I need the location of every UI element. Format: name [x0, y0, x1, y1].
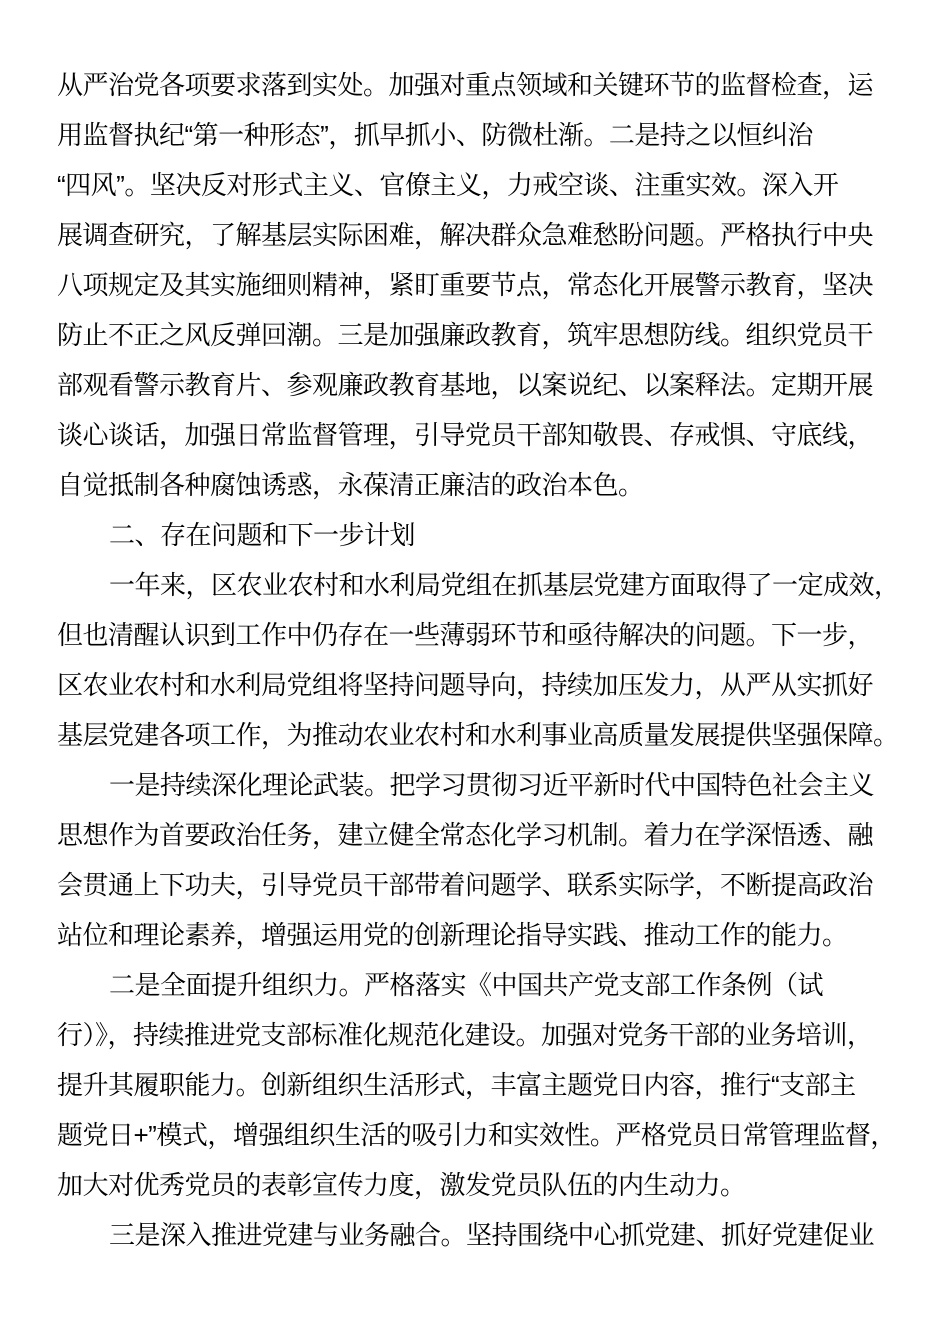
- text-line: 会贯通上下功夫，引导党员干部带着问题学、联系实际学，不断提高政治: [57, 860, 895, 910]
- document-page: 从严治党各项要求落到实处。加强对重点领域和关键环节的监督检查，运 用监督执纪“第…: [0, 0, 950, 1344]
- text-line: 防止不正之风反弹回潮。三是加强廉政教育，筑牢思想防线。组织党员干: [57, 310, 895, 360]
- text-line: 八项规定及其实施细则精神，紧盯重要节点，常态化开展警示教育，坚决: [57, 260, 895, 310]
- paragraph-plan-one: 一是持续深化理论武装。把学习贯彻习近平新时代中国特色社会主义 思想作为首要政治任…: [57, 760, 895, 960]
- text-line: 但也清醒认识到工作中仍存在一些薄弱环节和亟待解决的问题。下一步，: [57, 610, 895, 660]
- text-line: 加大对优秀党员的表彰宣传力度，激发党员队伍的内生动力。: [57, 1160, 895, 1210]
- text-line: 题党日+”模式，增强组织生活的吸引力和实效性。严格党员日常管理监督，: [57, 1110, 895, 1160]
- text-line: 从严治党各项要求落到实处。加强对重点领域和关键环节的监督检查，运: [57, 60, 895, 110]
- text-line: 三是深入推进党建与业务融合。坚持围绕中心抓党建、抓好党建促业: [57, 1210, 895, 1260]
- text-line: 基层党建各项工作，为推动农业农村和水利事业高质量发展提供坚强保障。: [57, 710, 895, 760]
- paragraph-overview: 一年来，区农业农村和水利局党组在抓基层党建方面取得了一定成效， 但也清醒认识到工…: [57, 560, 895, 760]
- paragraph-section-two: 二、存在问题和下一步计划: [57, 510, 895, 560]
- text-line: 用监督执纪“第一种形态”，抓早抓小、防微杜渐。二是持之以恒纠治: [57, 110, 895, 160]
- text-line: “四风”。坚决反对形式主义、官僚主义，力戒空谈、注重实效。深入开: [57, 160, 895, 210]
- text-line: 站位和理论素养，增强运用党的创新理论指导实践、推动工作的能力。: [57, 910, 895, 960]
- text-line: 自觉抵制各种腐蚀诱惑，永葆清正廉洁的政治本色。: [57, 460, 895, 510]
- text-line: 展调查研究，了解基层实际困难，解决群众急难愁盼问题。严格执行中央: [57, 210, 895, 260]
- paragraph-discipline-continuation: 从严治党各项要求落到实处。加强对重点领域和关键环节的监督检查，运 用监督执纪“第…: [57, 60, 895, 510]
- section-heading: 二、存在问题和下一步计划: [57, 510, 895, 560]
- paragraph-plan-two: 二是全面提升组织力。严格落实《中国共产党支部工作条例（试 行）》，持续推进党支部…: [57, 960, 895, 1210]
- text-line: 一是持续深化理论武装。把学习贯彻习近平新时代中国特色社会主义: [57, 760, 895, 810]
- text-line: 区农业农村和水利局党组将坚持问题导向，持续加压发力，从严从实抓好: [57, 660, 895, 710]
- text-line: 思想作为首要政治任务，建立健全常态化学习机制。着力在学深悟透、融: [57, 810, 895, 860]
- paragraph-plan-three: 三是深入推进党建与业务融合。坚持围绕中心抓党建、抓好党建促业: [57, 1210, 895, 1260]
- text-line: 谈心谈话，加强日常监督管理，引导党员干部知敬畏、存戒惧、守底线，: [57, 410, 895, 460]
- text-line: 提升其履职能力。创新组织生活形式，丰富主题党日内容，推行“支部主: [57, 1060, 895, 1110]
- text-line: 行）》，持续推进党支部标准化规范化建设。加强对党务干部的业务培训，: [57, 1010, 895, 1060]
- text-line: 二是全面提升组织力。严格落实《中国共产党支部工作条例（试: [57, 960, 895, 1010]
- text-line: 部观看警示教育片、参观廉政教育基地，以案说纪、以案释法。定期开展: [57, 360, 895, 410]
- text-line: 一年来，区农业农村和水利局党组在抓基层党建方面取得了一定成效，: [57, 560, 895, 610]
